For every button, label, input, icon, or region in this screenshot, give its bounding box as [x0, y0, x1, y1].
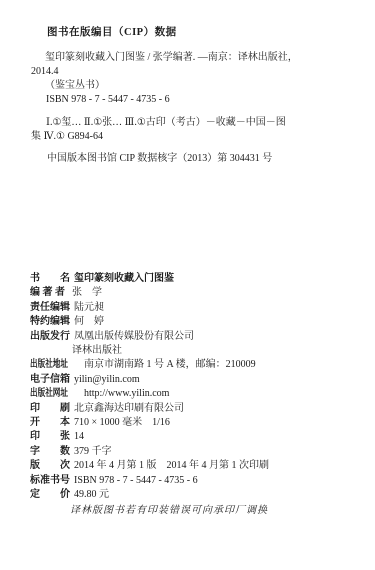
colophon-row-email: 电子信箱 yilin@yilin.com — [30, 373, 357, 387]
cip-classification-line-2: 集 Ⅳ.① G894-64 — [31, 130, 357, 144]
row-label: 书 名 — [30, 272, 70, 286]
row-value: 南京市湖南路 1 号 A 楼，邮编：210009 — [84, 358, 256, 372]
colophon-row-format: 开 本 710 × 1000 毫米 1/16 — [30, 416, 357, 430]
row-value: yilin@yilin.com — [74, 373, 140, 387]
colophon-row-sheets: 印 张 14 — [30, 430, 357, 444]
row-value: 译林出版社 — [72, 344, 122, 358]
colophon-row-website: 出版社网址 http://www.yilin.com — [30, 387, 357, 401]
colophon-row-publisher-2: 译林出版社 — [30, 344, 357, 358]
cip-record-number: 中国版本图书馆 CIP 数据核字（2013）第 304431 号 — [47, 152, 357, 166]
row-value: 14 — [74, 430, 84, 444]
row-value: 何 婷 — [74, 315, 104, 329]
row-label: 印 张 — [30, 430, 70, 444]
row-label: 版 次 — [30, 459, 70, 473]
colophon-row-word-count: 字 数 379 千字 — [30, 445, 357, 459]
row-label: 责任编辑 — [30, 301, 70, 315]
cip-isbn-line: ISBN 978 - 7 - 5447 - 4735 - 6 — [46, 93, 357, 107]
row-label — [30, 344, 68, 358]
row-label: 定 价 — [30, 488, 70, 502]
row-value: 张 学 — [72, 286, 102, 300]
colophon-row-contract-editor: 特约编辑 何 婷 — [30, 315, 357, 329]
colophon-row-publisher: 出版发行 凤凰出版传媒股份有限公司 — [30, 330, 357, 344]
cip-year-line: 2014.4 — [31, 65, 357, 79]
row-label: 标准书号 — [30, 474, 70, 488]
colophon-row-price: 定 价 49.80 元 — [30, 488, 357, 502]
row-value: 陆元昶 — [74, 301, 104, 315]
colophon-row-edition: 版 次 2014 年 4 月第 1 版 2014 年 4 月第 1 次印刷 — [30, 459, 357, 473]
row-label: 出版社地址 — [30, 358, 80, 372]
row-label: 字 数 — [30, 445, 70, 459]
row-value: http://www.yilin.com — [84, 387, 169, 401]
errata-notice: 译林版图书若有印装错误可向承印厂调换 — [70, 504, 357, 518]
row-value: 2014 年 4 月第 1 版 2014 年 4 月第 1 次印刷 — [74, 459, 269, 473]
colophon-row-printer: 印 刷 北京鑫海达印刷有限公司 — [30, 402, 357, 416]
colophon-section: 书 名 玺印篆刻收藏入门图鉴 编 著 者 张 学 责任编辑 陆元昶 特约编辑 何… — [30, 272, 357, 518]
cip-title-line: 玺印篆刻收藏入门图鉴 / 张学编著. —南京：译林出版社， — [45, 51, 357, 65]
cip-classification-line: Ⅰ.①玺… Ⅱ.①张… Ⅲ.①古印（考古）－收藏－中国－图 — [46, 116, 357, 130]
row-value: 710 × 1000 毫米 1/16 — [74, 416, 170, 430]
cip-series-line: （鉴宝丛书） — [45, 79, 357, 93]
row-label: 出版社网址 — [30, 387, 80, 401]
row-value: ISBN 978 - 7 - 5447 - 4735 - 6 — [74, 474, 198, 488]
colophon-row-isbn: 标准书号 ISBN 978 - 7 - 5447 - 4735 - 6 — [30, 474, 357, 488]
row-value: 凤凰出版传媒股份有限公司 — [74, 330, 194, 344]
row-value: 49.80 元 — [74, 488, 109, 502]
row-label: 出版发行 — [30, 330, 70, 344]
copyright-page: 图书在版编目（CIP）数据 玺印篆刻收藏入门图鉴 / 张学编著. —南京：译林出… — [0, 0, 375, 570]
row-value: 379 千字 — [74, 445, 112, 459]
row-label: 编 著 者 — [30, 286, 68, 300]
row-value: 北京鑫海达印刷有限公司 — [74, 402, 184, 416]
cip-header: 图书在版编目（CIP）数据 — [47, 26, 357, 40]
colophon-row-book-title: 书 名 玺印篆刻收藏入门图鉴 — [30, 272, 357, 286]
colophon-row-responsible-editor: 责任编辑 陆元昶 — [30, 301, 357, 315]
colophon-row-author: 编 著 者 张 学 — [30, 286, 357, 300]
row-label: 印 刷 — [30, 402, 70, 416]
cip-section: 图书在版编目（CIP）数据 玺印篆刻收藏入门图鉴 / 张学编著. —南京：译林出… — [30, 26, 357, 166]
row-value: 玺印篆刻收藏入门图鉴 — [74, 272, 174, 286]
row-label: 开 本 — [30, 416, 70, 430]
row-label: 电子信箱 — [30, 373, 70, 387]
colophon-row-publisher-address: 出版社地址 南京市湖南路 1 号 A 楼，邮编：210009 — [30, 358, 357, 372]
row-label: 特约编辑 — [30, 315, 70, 329]
